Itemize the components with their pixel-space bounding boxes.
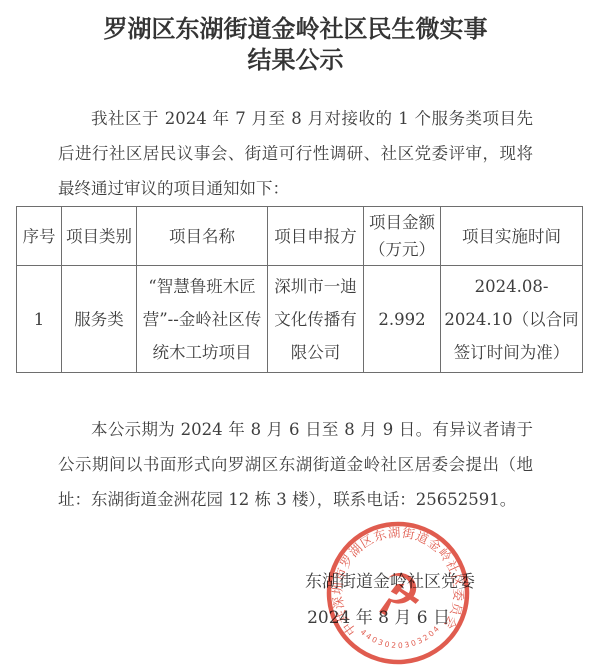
notice-paragraph: 本公示期为 2024 年 8 月 6 日至 8 月 9 日。有异议者请于公示期间… bbox=[58, 412, 533, 517]
results-table: 序号 项目类别 项目名称 项目申报方 项目金额（万元） 项目实施时间 1 服务类… bbox=[16, 206, 583, 373]
cell-schedule: 2024.08-2024.10（以合同签订时间为准） bbox=[441, 266, 583, 373]
notice-document-page: 罗湖区东湖街道金岭社区民生微实事 结果公示 我社区于 2024 年 7 月至 8… bbox=[0, 0, 591, 669]
cell-amount: 2.992 bbox=[364, 266, 441, 373]
document-title-line1: 罗湖区东湖街道金岭社区民生微实事 bbox=[0, 13, 591, 44]
document-title-line2: 结果公示 bbox=[0, 44, 591, 75]
header-cell-applicant: 项目申报方 bbox=[268, 207, 364, 266]
intro-paragraph: 我社区于 2024 年 7 月至 8 月对接收的 1 个服务类项目先后进行社区居… bbox=[58, 101, 533, 206]
header-cell-amount: 项目金额（万元） bbox=[364, 207, 441, 266]
cell-project-name: “智慧鲁班木匠营”--金岭社区传统木工坊项目 bbox=[137, 266, 268, 373]
header-cell-category: 项目类别 bbox=[62, 207, 137, 266]
document-title: 罗湖区东湖街道金岭社区民生微实事 结果公示 bbox=[0, 0, 591, 75]
table-header-row: 序号 项目类别 项目名称 项目申报方 项目金额（万元） 项目实施时间 bbox=[17, 207, 583, 266]
header-cell-index: 序号 bbox=[17, 207, 62, 266]
signature-line: 东湖街道金岭社区党委 bbox=[0, 570, 591, 594]
table-row: 1 服务类 “智慧鲁班木匠营”--金岭社区传统木工坊项目 深圳市一迪文化传播有限… bbox=[17, 266, 583, 373]
date-line: 2024 年 8 月 6 日 bbox=[0, 606, 591, 630]
cell-applicant: 深圳市一迪文化传播有限公司 bbox=[268, 266, 364, 373]
cell-category: 服务类 bbox=[62, 266, 137, 373]
header-cell-schedule: 项目实施时间 bbox=[441, 207, 583, 266]
header-cell-project-name: 项目名称 bbox=[137, 207, 268, 266]
cell-index: 1 bbox=[17, 266, 62, 373]
